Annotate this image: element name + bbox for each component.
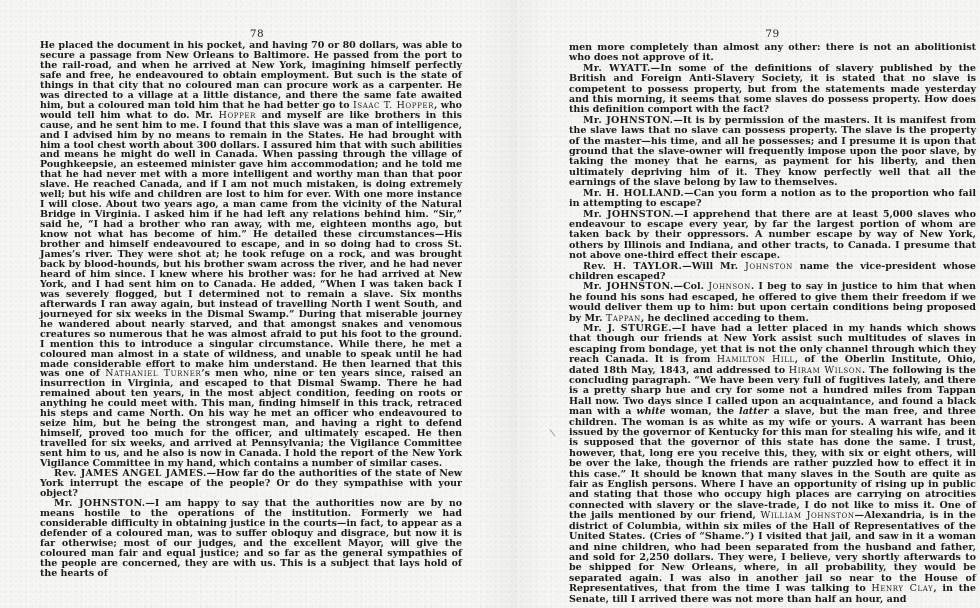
emphasis-text: white — [636, 406, 665, 417]
speaker-name: Mr. JOHNSTON. — [583, 281, 674, 292]
page-gutter — [478, 0, 548, 608]
proper-name: Henry Clay — [871, 583, 933, 594]
speaker-name: Mr. WYATT. — [583, 63, 651, 74]
proper-name: William Johnston — [761, 510, 855, 521]
page-number-left: 78 — [46, 28, 468, 40]
book-spread: \ 78 He placed the document in his pocke… — [0, 0, 980, 608]
proper-name: Tappan — [606, 313, 641, 324]
paragraph: Mr. JOHNSTON.—I apprehend that there are… — [569, 210, 976, 262]
proper-name: Johnson — [708, 281, 751, 292]
speaker-name: Mr. H. HOLLAND. — [583, 188, 684, 199]
left-page-body: He placed the document in his pocket, an… — [40, 41, 462, 578]
paragraph: Rev. H. TAYLOR.—Will Mr. Johnston name t… — [569, 262, 976, 283]
right-page: 79 men more completely than almost any o… — [569, 0, 976, 608]
body-text-run: , he declined acceding to them. — [641, 313, 809, 324]
body-text-run: —Alexandria, is in the district of Colum… — [569, 510, 976, 594]
paragraph: Mr. J. STURGE.—I have had a letter place… — [569, 324, 976, 605]
page-number-right: 79 — [569, 28, 976, 40]
body-text-run: woman, the — [666, 406, 739, 417]
paragraph: Mr. H. HOLLAND.—Can you form a notion as… — [569, 189, 976, 210]
left-page: 78 He placed the document in his pocket,… — [40, 0, 462, 608]
paragraph: Mr. JOHNSTON.—It is by permission of the… — [569, 116, 976, 189]
speaker-name: Mr. J. STURGE. — [583, 323, 672, 334]
body-text-run: and myself are like brothers in this cau… — [40, 110, 462, 380]
body-text-run: —It is by permission of the masters. It … — [569, 115, 976, 188]
body-text-run: —Col. — [674, 281, 709, 292]
speaker-name: Rev. H. TAYLOR. — [583, 261, 682, 272]
body-text-run: —I am happy to say that the authorities … — [40, 498, 462, 579]
paragraph: Rev. JAMES ANGEL JAMES.—How far do the a… — [40, 469, 462, 499]
body-text-run: —Will Mr. — [682, 261, 745, 272]
body-text-run: men more completely than almost any othe… — [569, 42, 976, 63]
body-text-run: ’s men who, nine or ten years since, rai… — [40, 368, 462, 469]
speaker-name: Mr. JOHNSTON. — [583, 209, 674, 220]
proper-name: Hiram Wilson — [789, 365, 862, 376]
paragraph: Mr. JOHNSTON.—Col. Johnson. I beg to say… — [569, 282, 976, 324]
paragraph: He placed the document in his pocket, an… — [40, 41, 462, 469]
paragraph: Mr. JOHNSTON.—I am happy to say that the… — [40, 499, 462, 579]
body-text-run: a slave, but the man free, and three chi… — [569, 406, 976, 521]
proper-name: Hamilton Hill — [717, 354, 795, 365]
emphasis-text: latter — [739, 406, 769, 417]
proper-name: Johnston — [745, 261, 793, 272]
paragraph: Mr. WYATT.—In some of the definitions of… — [569, 64, 976, 116]
speaker-name: Mr. JOHNSTON. — [583, 115, 673, 126]
right-page-body: men more completely than almost any othe… — [569, 43, 976, 605]
gutter-pencil-mark: \ — [549, 428, 556, 439]
paragraph: men more completely than almost any othe… — [569, 43, 976, 64]
